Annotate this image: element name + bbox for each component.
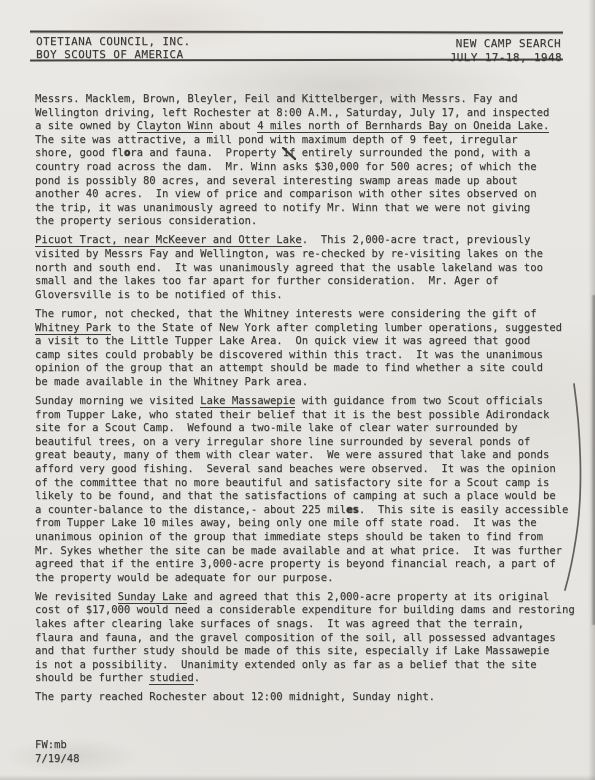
text-segment: Whitney Park [35, 322, 111, 335]
footer-date: 7/19/48 [35, 753, 79, 765]
text-segment: to the State of New York after completin… [35, 322, 562, 388]
typist-initials: FW:mb [35, 739, 67, 751]
paragraph: Picuot Tract, near McKeever and Otter La… [35, 234, 587, 302]
text-segment: Picuot Tract, near McKeever and Otter La… [35, 234, 302, 247]
text-segment: Sunday morning we visited [35, 395, 200, 407]
text-segment: and agreed that this 2,000-acre property… [35, 591, 575, 685]
text-segment: . [194, 672, 200, 684]
document-page: OTETIANA COUNCIL, INC. BOY SCOUTS OF AME… [0, 0, 595, 780]
text-segment: The party reached Rochester about 12:00 … [35, 691, 435, 703]
text-segment: es [346, 504, 359, 516]
paragraph: Sunday morning we visited Lake Massawepi… [35, 395, 587, 585]
text-segment: Lake Massawepie [200, 395, 295, 408]
org-name-line2: BOY SCOUTS OF AMERICA [36, 48, 183, 61]
text-segment: ra and fauna. Property [130, 147, 282, 159]
text-segment: 4 miles north of Bernhards Bay on Oneida… [257, 120, 549, 133]
footer-block: FW:mb 7/19/48 [35, 738, 79, 766]
paragraph: The party reached Rochester about 12:00 … [35, 691, 587, 705]
pen-stroke [558, 378, 592, 596]
memo-title: NEW CAMP SEARCH [456, 37, 561, 50]
text-segment: studied [149, 672, 193, 685]
text-segment: 1f [283, 147, 296, 161]
header-rule-top [30, 30, 563, 33]
paragraph: We revisited Sunday Lake and agreed that… [35, 591, 587, 686]
page-edge-shadow-bottom [0, 775, 595, 780]
document-body: Messrs. Macklem, Brown, Bleyler, Feil an… [35, 93, 587, 711]
text-segment: with guidance from two Scout officials f… [35, 395, 556, 516]
text-segment: The rumor, not checked, that the Whitney… [35, 308, 537, 320]
memo-date: JULY 17-18, 1948 [450, 51, 562, 64]
paragraph: Messrs. Macklem, Brown, Bleyler, Feil an… [35, 93, 587, 229]
text-segment: about [213, 120, 257, 132]
text-segment: We revisited [35, 591, 118, 603]
text-segment: Sunday Lake [118, 591, 188, 604]
org-name-line1: OTETIANA COUNCIL, INC. [36, 35, 191, 48]
paragraph: The rumor, not checked, that the Whitney… [35, 308, 587, 390]
text-segment: Clayton Winn [137, 120, 213, 133]
handwritten-margin-mark [558, 378, 592, 596]
